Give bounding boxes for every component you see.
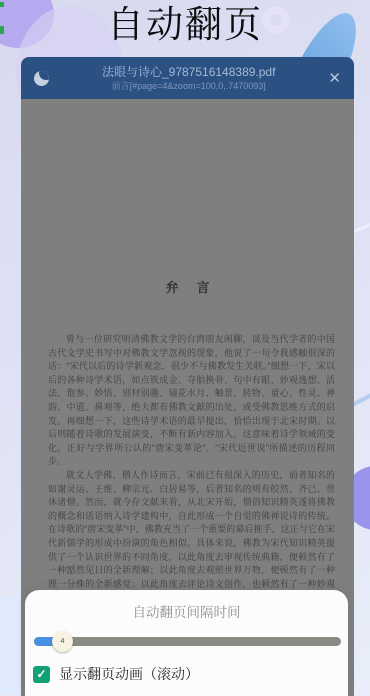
pdf-page-location: 前言[#page=4&zoom=100,0,.7470093]	[55, 80, 322, 92]
document-body: 曾与一位研究明清佛教文学的台湾朋友闲聊，谈及当代学者的中国古代文学史书写中对佛教…	[48, 333, 335, 605]
pdf-header-titles: 法眼与诗心_9787516148389.pdf 前言[#page=4&zoom=…	[49, 65, 328, 92]
document-paragraph: 就文人学佛、僧人作诗而言，宋前已有很深入的历史，前者知名的如谢灵运、王维、柳宗元…	[48, 469, 335, 605]
document-heading: 弁言	[21, 277, 354, 296]
auto-page-turn-sheet: 自动翻页间隔时间 4 ✓ 显示翻页动画（滚动）	[25, 590, 348, 696]
pdf-viewer-header: 法眼与诗心_9787516148389.pdf 前言[#page=4&zoom=…	[21, 57, 354, 99]
checkbox-label: 显示翻页动画（滚动）	[59, 664, 199, 684]
document-paragraph: 曾与一位研究明清佛教文学的台湾朋友闲聊，谈及当代学者的中国古代文学史书写中对佛教…	[48, 333, 335, 469]
interval-slider[interactable]: 4	[34, 631, 341, 652]
slider-handle[interactable]: 4	[52, 631, 73, 652]
slider-track[interactable]	[34, 637, 341, 646]
show-animation-row[interactable]: ✓ 显示翻页动画（滚动）	[33, 664, 199, 684]
checkbox-checked-icon[interactable]: ✓	[33, 666, 50, 683]
interval-title: 自动翻页间隔时间	[25, 590, 348, 621]
page-title: 自动翻页	[0, 0, 370, 50]
screen: 自动翻页 法眼与诗心_9787516148389.pdf 前言[#page=4&…	[0, 0, 370, 696]
close-icon[interactable]: ✕	[328, 71, 341, 86]
night-mode-moon-icon[interactable]	[34, 71, 49, 86]
pdf-filename: 法眼与诗心_9787516148389.pdf	[55, 65, 322, 80]
